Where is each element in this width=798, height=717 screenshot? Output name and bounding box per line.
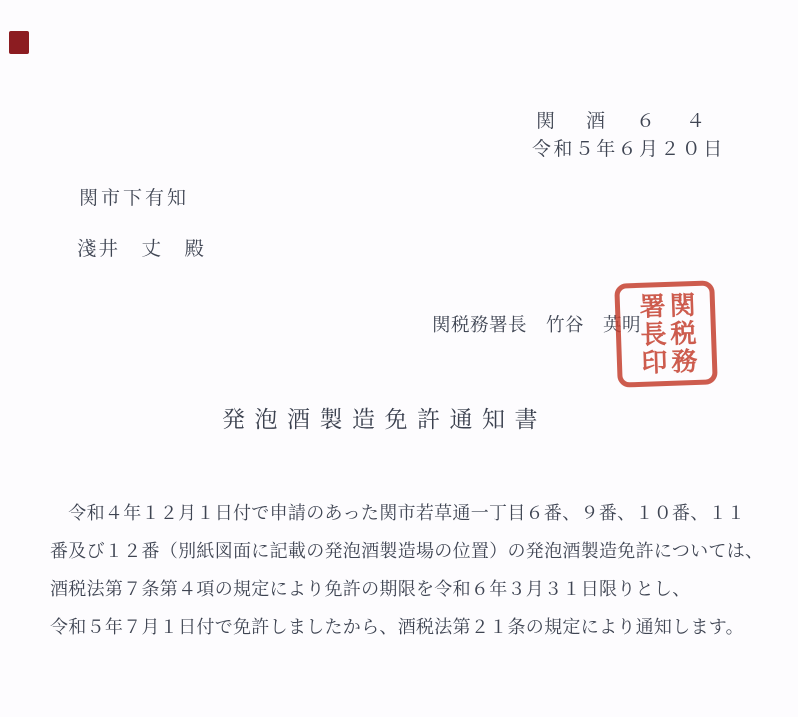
seal-column-right: 関税務 bbox=[665, 291, 698, 376]
body-paragraph-line: 令和５年７月１日付で免許しましたから、酒税法第２１条の規定により通知します。 bbox=[50, 614, 765, 640]
seal-text: 関税務 署長印 bbox=[635, 291, 698, 377]
document-page: 関 酒 ６ ４ 令和５年６月２０日 関市下有知 淺井 丈 殿 関税務署長 竹谷 … bbox=[0, 0, 798, 717]
seal-column-left: 署長印 bbox=[635, 292, 668, 377]
official-seal-stamp: 関税務 署長印 bbox=[614, 280, 718, 387]
document-number: 関 酒 ６ ４ bbox=[536, 106, 711, 133]
document-title: 発泡酒製造免許通知書 bbox=[222, 401, 547, 434]
issuer-signature-line: 関税務署長 竹谷 英明 bbox=[432, 311, 641, 337]
addressee-name: 淺井 丈 殿 bbox=[77, 233, 206, 261]
document-date: 令和５年６月２０日 bbox=[532, 134, 725, 161]
body-paragraph-line: 酒税法第７条第４項の規定により免許の期限を令和６年３月３１日限りとし、 bbox=[50, 576, 765, 602]
body-paragraph-line: 番及び１２番（別紙図面に記載の発泡酒製造場の位置）の発泡酒製造免許については、 bbox=[50, 538, 765, 564]
body-paragraph-line: 令和４年１２月１日付で申請のあった関市若草通一丁目６番、９番、１０番、１１ bbox=[50, 500, 765, 526]
addressee-location: 関市下有知 bbox=[79, 183, 189, 210]
corner-stamp-mark bbox=[9, 31, 29, 54]
